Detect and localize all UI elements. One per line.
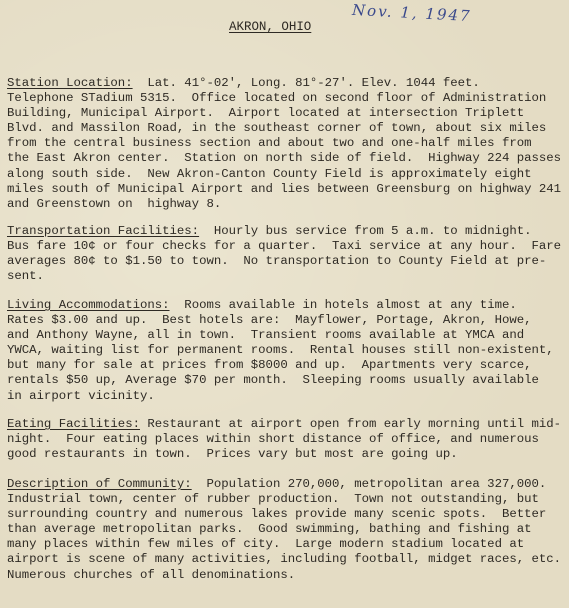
section-line: in airport vicinity. [7, 389, 155, 403]
section-line: Hourly bus service from 5 a.m. to midnig… [199, 224, 531, 238]
section-line: sent. [7, 269, 44, 283]
section-line: and Greenstown on highway 8. [7, 197, 221, 211]
section-line: YWCA, waiting list for permanent rooms. … [7, 343, 554, 357]
section-line: night. Four eating places within short d… [7, 432, 539, 446]
section-line: but many for sale at prices from $8000 a… [7, 358, 532, 372]
section-line: many places within few miles of city. La… [7, 537, 524, 551]
section-eating-facilities: Eating Facilities: Restaurant at airport… [7, 417, 567, 462]
section-line: airport is scene of many activities, inc… [7, 552, 561, 566]
section-line: Restaurant at airport open from early mo… [140, 417, 561, 431]
section-line: Bus fare 10¢ or four checks for a quarte… [7, 239, 561, 253]
section-line: Building, Municipal Airport. Airport loc… [7, 106, 524, 120]
section-heading: Station Location: [7, 76, 133, 90]
section-heading: Eating Facilities: [7, 417, 140, 431]
handwritten-date: Nov. 1, 1947 [352, 1, 472, 25]
document-title: AKRON, OHIO [229, 20, 311, 34]
section-line: Rooms available in hotels almost at any … [170, 298, 517, 312]
section-line: Numerous churches of all denominations. [7, 568, 295, 582]
section-transportation-facilities: Transportation Facilities: Hourly bus se… [7, 224, 567, 284]
section-heading: Description of Community: [7, 477, 192, 491]
section-line: and Anthony Wayne, all in town. Transien… [7, 328, 524, 342]
section-line: Telephone STadium 5315. Office located o… [7, 91, 546, 105]
section-line: the East Akron center. Station on north … [7, 151, 561, 165]
section-line: good restaurants in town. Prices vary bu… [7, 447, 458, 461]
section-line: surrounding country and numerous lakes p… [7, 507, 546, 521]
section-line: averages 80¢ to $1.50 to town. No transp… [7, 254, 546, 268]
section-line: from the central business section and ab… [7, 136, 532, 150]
section-line: Blvd. and Massilon Road, in the southeas… [7, 121, 546, 135]
section-line: miles south of Municipal Airport and lie… [7, 182, 561, 196]
section-line: Lat. 41°-02', Long. 81°-27'. Elev. 1044 … [133, 76, 480, 90]
section-heading: Living Accommodations: [7, 298, 170, 312]
section-line: Rates $3.00 and up. Best hotels are: May… [7, 313, 532, 327]
section-line: rentals $50 up, Average $70 per month. S… [7, 373, 539, 387]
section-line: along south side. New Akron-Canton Count… [7, 167, 532, 181]
section-description-of-community: Description of Community: Population 270… [7, 477, 567, 583]
section-line: Population 270,000, metropolitan area 32… [192, 477, 547, 491]
section-station-location: Station Location: Lat. 41°-02', Long. 81… [7, 76, 567, 212]
section-living-accommodations: Living Accommodations: Rooms available i… [7, 298, 567, 404]
document-page: AKRON, OHIO Nov. 1, 1947 Station Locatio… [0, 0, 569, 608]
section-line: Industrial town, center of rubber produc… [7, 492, 539, 506]
section-heading: Transportation Facilities: [7, 224, 199, 238]
section-line: than average metropolitan parks. Good sw… [7, 522, 532, 536]
